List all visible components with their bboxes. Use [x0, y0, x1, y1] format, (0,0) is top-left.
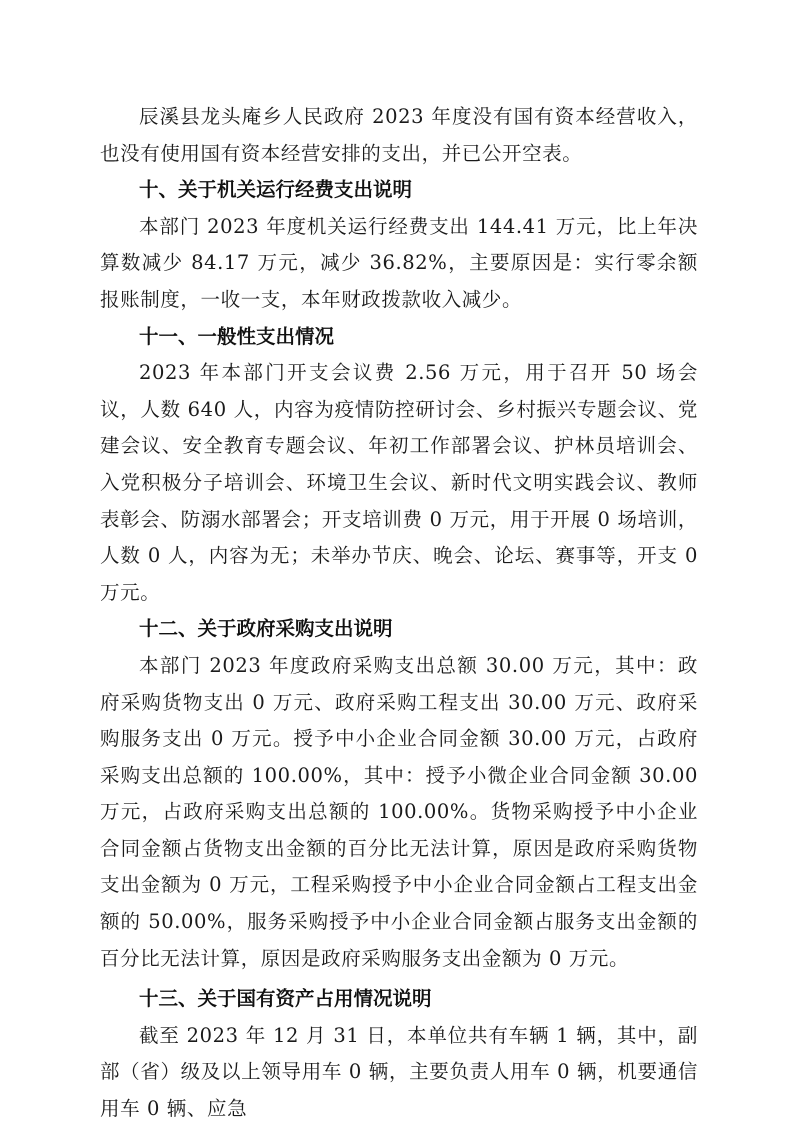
section-paragraph: 本部门 2023 年度政府采购支出总额 30.00 万元，其中：政府采购货物支出…: [100, 648, 698, 977]
section-heading: 十、关于机关运行经费支出说明: [100, 172, 698, 209]
section-paragraph: 本部门 2023 年度机关运行经费支出 144.41 万元，比上年决算数减少 8…: [100, 209, 698, 319]
intro-paragraph: 辰溪县龙头庵乡人民政府 2023 年度没有国有资本经营收入，也没有使用国有资本经…: [100, 99, 698, 172]
section-paragraph: 截至 2023 年 12 月 31 日，本单位共有车辆 1 辆，其中，副部（省）…: [100, 1018, 698, 1122]
document-page: 辰溪县龙头庵乡人民政府 2023 年度没有国有资本经营收入，也没有使用国有资本经…: [100, 99, 698, 1122]
section-heading: 十二、关于政府采购支出说明: [100, 611, 698, 648]
section-heading: 十一、一般性支出情况: [100, 319, 698, 356]
section-general-expenses: 十一、一般性支出情况 2023 年本部门开支会议费 2.56 万元，用于召开 5…: [100, 319, 698, 612]
section-government-procurement: 十二、关于政府采购支出说明 本部门 2023 年度政府采购支出总额 30.00 …: [100, 611, 698, 977]
section-paragraph: 2023 年本部门开支会议费 2.56 万元，用于召开 50 场会议，人数 64…: [100, 355, 698, 611]
section-heading: 十三、关于国有资产占用情况说明: [100, 981, 698, 1018]
section-operating-expenses: 十、关于机关运行经费支出说明 本部门 2023 年度机关运行经费支出 144.4…: [100, 172, 698, 318]
section-state-assets: 十三、关于国有资产占用情况说明 截至 2023 年 12 月 31 日，本单位共…: [100, 981, 698, 1122]
